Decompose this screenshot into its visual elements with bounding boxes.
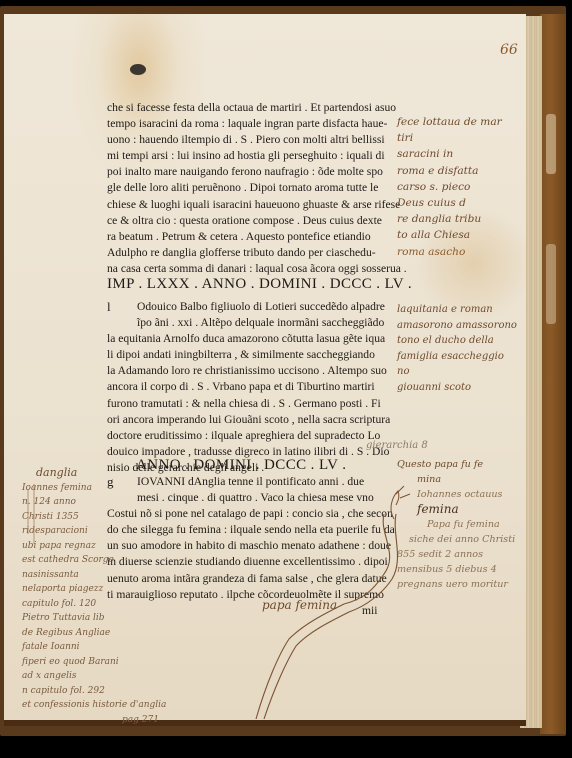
manuscript-page: 66 che si facesse festa della octaua de … [4,14,526,726]
leather-board-edge [540,14,566,734]
manicule-drawing-icon [4,14,526,726]
